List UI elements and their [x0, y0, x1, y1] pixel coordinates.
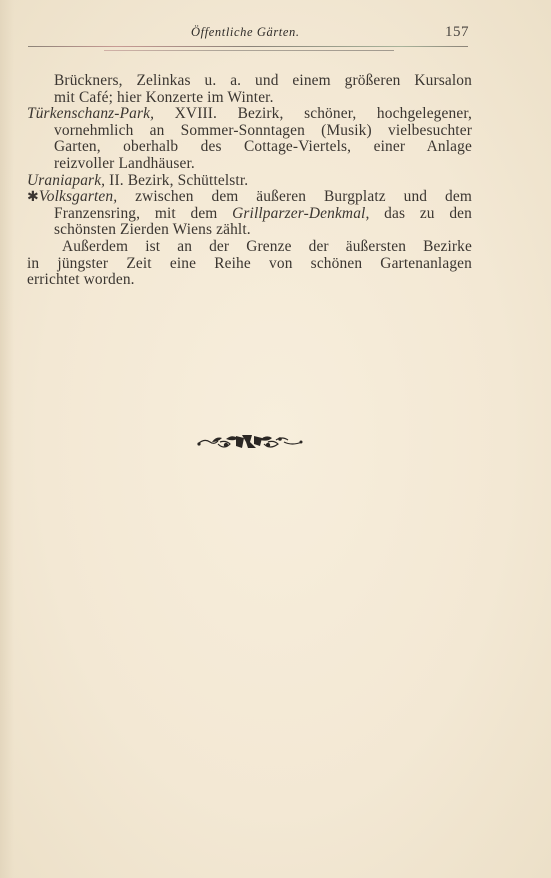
book-page: Öffentliche Gärten. 157 Brückners, Zelin… — [0, 0, 551, 878]
header-rule — [28, 46, 468, 47]
text-line: Franzensring, mit dem Grillparzer-Denkma… — [27, 206, 472, 223]
text-line: Garten, oberhalb des Cottage-Viertels, e… — [27, 139, 472, 156]
entry-name: Volksgarten, — [39, 188, 117, 205]
text-line: schönsten Zierden Wiens zählt. — [27, 222, 472, 239]
asterisk-mark: ✱ — [27, 190, 39, 205]
header-rule-secondary — [104, 50, 394, 51]
page-number: 157 — [445, 24, 469, 41]
floral-vignette-icon — [196, 430, 304, 454]
entry-volksgarten: ✱Volksgarten, zwischen dem äußeren Burgp… — [27, 189, 472, 206]
running-title: Öffentliche Gärten. — [191, 25, 300, 40]
text-line: in jüngster Zeit eine Reihe von schönen … — [27, 256, 472, 273]
paragraph-start: Außerdem ist an der Grenze der äußersten… — [27, 239, 472, 256]
entry-name: Uraniapark, — [27, 172, 105, 189]
entry-name: Türkenschanz-Park, — [27, 105, 154, 122]
body-text: Brückners, Zelinkas u. a. und einem größ… — [27, 73, 472, 289]
running-head: Öffentliche Gärten. 157 — [0, 22, 551, 42]
text-line: mit Café; hier Konzerte im Winter. — [27, 90, 472, 107]
monument-name: Grillparzer-Denkmal, — [232, 205, 369, 222]
text-line: reizvoller Landhäuser. — [27, 156, 472, 173]
entry-uraniapark: Uraniapark, II. Bezirk, Schüttelstr. — [27, 173, 472, 190]
text-line: Brückners, Zelinkas u. a. und einem größ… — [27, 73, 472, 90]
entry-turkenschanz-park: Türkenschanz-Park, XVIII. Bezirk, schöne… — [27, 106, 472, 123]
text-line: vornehmlich an Sommer-Sonntagen (Musik) … — [27, 123, 472, 140]
text-line: errichtet worden. — [27, 272, 472, 289]
